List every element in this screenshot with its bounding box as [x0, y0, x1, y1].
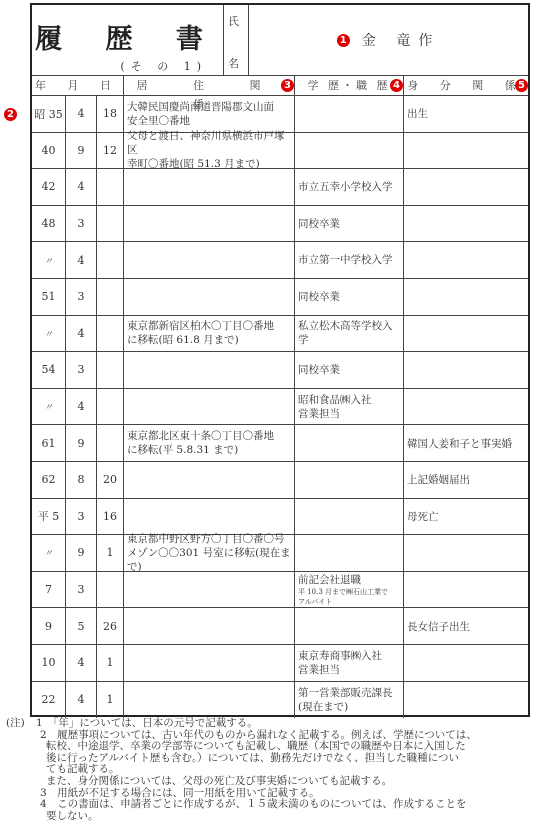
name-field: 1 金 竜作	[249, 5, 528, 75]
status-cell: 母死亡	[404, 499, 528, 535]
year-cell: 〃	[32, 389, 66, 425]
status-cell	[404, 535, 528, 571]
residence-cell	[124, 169, 295, 205]
education-work-text: 前記会社退職	[298, 573, 361, 587]
day-cell: 1	[97, 682, 124, 719]
status-cell: 長女信子出生	[404, 608, 528, 644]
column-header-residence: 居 住 関 係 3	[124, 76, 295, 95]
table-row: 42 4 市立五幸小学校入学	[32, 169, 528, 206]
year-cell: 42	[32, 169, 66, 205]
marker-4-icon: 4	[390, 79, 403, 92]
day-cell	[97, 206, 124, 242]
status-cell	[404, 572, 528, 608]
year-cell: 〃	[32, 535, 66, 571]
note-line: また、身分関係については、父母の死亡及び事実婚についても記載する。	[6, 776, 536, 788]
day-cell	[97, 352, 124, 388]
residence-cell	[124, 389, 295, 425]
day-cell	[97, 279, 124, 315]
status-cell: 出生	[404, 96, 528, 132]
education-work-cell	[295, 425, 404, 461]
table-row: 平 5 3 16 母死亡	[32, 499, 528, 536]
name-label: 氏 名	[224, 5, 249, 75]
month-cell: 3	[66, 206, 97, 242]
status-cell	[404, 645, 528, 681]
month-cell: 5	[66, 608, 97, 644]
month-cell: 4	[66, 316, 97, 352]
year-cell: 10	[32, 645, 66, 681]
year-cell: 51	[32, 279, 66, 315]
residence-cell	[124, 279, 295, 315]
title-box: 履 歴 書 (そ の 1)	[32, 5, 224, 75]
name-value: 金 竜作	[362, 30, 440, 50]
year-cell: 平 5	[32, 499, 66, 535]
table-row: 48 3 同校卒業	[32, 206, 528, 243]
education-work-cell	[295, 535, 404, 571]
residence-cell	[124, 608, 295, 644]
month-cell: 9	[66, 425, 97, 461]
table-row: 62 8 20 上記婚姻届出	[32, 462, 528, 499]
status-cell: 韓国人姜和子と事実婚	[404, 425, 528, 461]
table-row: 9 5 26 長女信子出生	[32, 608, 528, 645]
status-cell	[404, 682, 528, 719]
status-cell	[404, 316, 528, 352]
residence-cell	[124, 206, 295, 242]
residence-cell	[124, 682, 295, 719]
month-cell: 9	[66, 535, 97, 571]
month-cell: 3	[66, 352, 97, 388]
day-cell: 1	[97, 535, 124, 571]
year-cell: 9	[32, 608, 66, 644]
day-cell: 20	[97, 462, 124, 498]
status-cell	[404, 279, 528, 315]
month-cell: 4	[66, 242, 97, 278]
status-cell	[404, 206, 528, 242]
notes-section: (注)1 「年」については、日本の元号で記載する。 2 履歴事項については、古い…	[6, 718, 536, 822]
month-cell: 3	[66, 572, 97, 608]
day-cell	[97, 316, 124, 352]
table-row: 40 9 12 父母と渡日、神奈川県横浜市戸塚区 幸町〇番地(昭 51.3 月ま…	[32, 133, 528, 170]
column-header-status-label: 身 分 関 係	[407, 79, 525, 92]
column-header-education-work-label: 学 歴・職 歴	[308, 79, 391, 92]
education-work-cell: 同校卒業	[295, 206, 404, 242]
year-cell: 昭 35	[32, 96, 66, 132]
education-work-cell	[295, 133, 404, 169]
day-cell: 16	[97, 499, 124, 535]
year-cell: 22	[32, 682, 66, 719]
table-row: 54 3 同校卒業	[32, 352, 528, 389]
residence-cell	[124, 242, 295, 278]
document-subtitle: (そ の 1)	[120, 58, 207, 74]
education-work-cell	[295, 96, 404, 132]
year-cell: 54	[32, 352, 66, 388]
residence-cell: 東京都新宿区柏木〇丁目〇番地 に移転(昭 61.8 月まで)	[124, 316, 295, 352]
column-header-education-work: 学 歴・職 歴 4	[295, 76, 404, 95]
day-cell	[97, 572, 124, 608]
education-work-cell: 同校卒業	[295, 352, 404, 388]
status-cell	[404, 133, 528, 169]
name-label-char-2: 名	[228, 55, 239, 71]
table-row: 〃 4 市立第一中学校入学	[32, 242, 528, 279]
marker-1-icon: 1	[337, 34, 350, 47]
education-work-cell: 前記会社退職 平 10.3 月まで㈱石山工業で アルバイト	[295, 572, 404, 608]
name-label-char-1: 氏	[228, 13, 239, 29]
residence-cell: 東京都北区東十条〇丁目〇番地 に移転(平 5.8.31 まで)	[124, 425, 295, 461]
status-cell	[404, 169, 528, 205]
note-line: 4 この書面は、申請者ごとに作成するが、１５歳未満のものについては、作成すること…	[6, 799, 536, 811]
month-cell: 4	[66, 682, 97, 719]
history-table: 2 昭 35 4 18 大韓民国慶尚南道晋陽郡文山面 安全里〇番地 出生 40 …	[32, 96, 528, 718]
year-cell: 62	[32, 462, 66, 498]
status-cell: 上記婚姻届出	[404, 462, 528, 498]
month-cell: 3	[66, 499, 97, 535]
column-header-status: 身 分 関 係 5	[404, 76, 528, 95]
residence-cell: 東京都中野区野方〇丁目〇番〇号 メゾン〇〇301 号室に移転(現在まで)	[124, 535, 295, 571]
note-text: 1 「年」については、日本の元号で記載する。	[36, 717, 258, 729]
column-header-date: 年 月 日	[32, 76, 124, 95]
education-work-cell: 市立第一中学校入学	[295, 242, 404, 278]
note-line: (注)1 「年」については、日本の元号で記載する。	[6, 718, 536, 730]
table-row: 61 9 東京都北区東十条〇丁目〇番地 に移転(平 5.8.31 まで) 韓国人…	[32, 425, 528, 462]
year-cell: 7	[32, 572, 66, 608]
table-row: 10 4 1 東京寿商事㈱入社 営業担当	[32, 645, 528, 682]
education-work-cell: 私立松木高等学校入学	[295, 316, 404, 352]
table-row: 7 3 前記会社退職 平 10.3 月まで㈱石山工業で アルバイト	[32, 572, 528, 609]
status-cell	[404, 242, 528, 278]
day-cell: 1	[97, 645, 124, 681]
month-cell: 3	[66, 279, 97, 315]
column-header-row: 年 月 日 居 住 関 係 3 学 歴・職 歴 4 身 分 関 係 5	[32, 75, 528, 96]
education-work-cell: 東京寿商事㈱入社 営業担当	[295, 645, 404, 681]
residence-cell	[124, 352, 295, 388]
table-row: 〃 9 1 東京都中野区野方〇丁目〇番〇号 メゾン〇〇301 号室に移転(現在ま…	[32, 535, 528, 572]
note-line: 要しない。	[6, 811, 536, 823]
resume-form: 履 歴 書 (そ の 1) 氏 名 1 金 竜作 年 月 日 居 住 関 係 3…	[30, 3, 530, 717]
month-cell: 8	[66, 462, 97, 498]
table-row: 〃 4 昭和食品㈱入社 営業担当	[32, 389, 528, 426]
table-row: 51 3 同校卒業	[32, 279, 528, 316]
day-cell	[97, 169, 124, 205]
year-cell: 61	[32, 425, 66, 461]
residence-cell	[124, 462, 295, 498]
year-cell: 〃	[32, 316, 66, 352]
education-work-cell: 第一営業部販売課長 (現在まで)	[295, 682, 404, 719]
marker-5-icon: 5	[515, 79, 528, 92]
education-work-note: 平 10.3 月まで㈱石山工業で アルバイト	[298, 587, 388, 607]
education-work-cell: 同校卒業	[295, 279, 404, 315]
month-cell: 4	[66, 389, 97, 425]
year-cell: 〃	[32, 242, 66, 278]
residence-cell	[124, 645, 295, 681]
education-work-cell	[295, 499, 404, 535]
day-cell	[97, 389, 124, 425]
marker-2-icon: 2	[4, 108, 17, 121]
year-cell: 40	[32, 133, 66, 169]
residence-cell	[124, 499, 295, 535]
day-cell	[97, 242, 124, 278]
status-cell	[404, 389, 528, 425]
education-work-cell: 市立五幸小学校入学	[295, 169, 404, 205]
education-work-cell	[295, 608, 404, 644]
table-row: 2 昭 35 4 18 大韓民国慶尚南道晋陽郡文山面 安全里〇番地 出生	[32, 96, 528, 133]
marker-3-icon: 3	[281, 79, 294, 92]
status-cell	[404, 352, 528, 388]
residence-cell	[124, 572, 295, 608]
table-row: 〃 4 東京都新宿区柏木〇丁目〇番地 に移転(昭 61.8 月まで) 私立松木高…	[32, 316, 528, 353]
day-cell	[97, 425, 124, 461]
day-cell: 26	[97, 608, 124, 644]
education-work-cell: 昭和食品㈱入社 営業担当	[295, 389, 404, 425]
month-cell: 9	[66, 133, 97, 169]
day-cell: 12	[97, 133, 124, 169]
notes-label: (注)	[6, 718, 36, 730]
residence-cell: 大韓民国慶尚南道晋陽郡文山面 安全里〇番地	[124, 96, 295, 132]
month-cell: 4	[66, 96, 97, 132]
residence-cell: 父母と渡日、神奈川県横浜市戸塚区 幸町〇番地(昭 51.3 月まで)	[124, 133, 295, 169]
education-work-cell	[295, 462, 404, 498]
table-row: 22 4 1 第一営業部販売課長 (現在まで)	[32, 682, 528, 719]
month-cell: 4	[66, 645, 97, 681]
day-cell: 18	[97, 96, 124, 132]
year-cell: 48	[32, 206, 66, 242]
month-cell: 4	[66, 169, 97, 205]
document-title: 履 歴 書	[32, 17, 223, 56]
